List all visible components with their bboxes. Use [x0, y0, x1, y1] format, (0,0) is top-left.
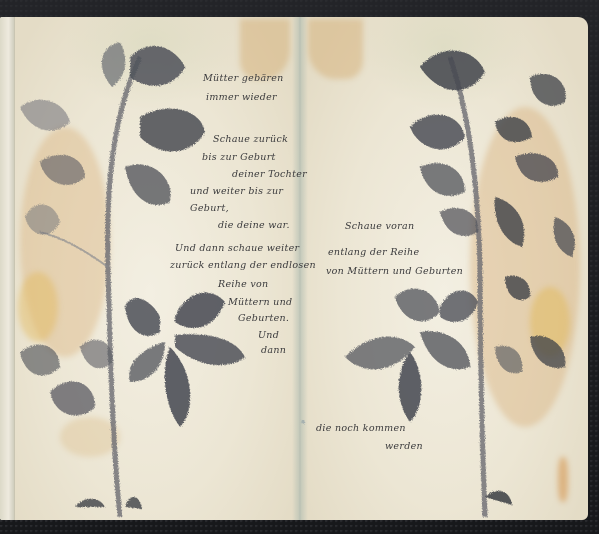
verse-line-right: von Müttern und Geburten [326, 266, 463, 278]
verse-line-left: Geburten. [238, 313, 289, 325]
verse-line-left: Reihe von [218, 279, 268, 291]
verse-line-left: die deine war. [218, 220, 290, 232]
verse-line-right: Schaue voran [345, 221, 414, 233]
verse-line-left: Geburt, [190, 203, 229, 215]
verse-line-left: deiner Tochter [232, 169, 307, 181]
verse-line-left: immer wieder [206, 92, 277, 104]
verse-line-left: Und [258, 330, 279, 342]
verse-line-left: Müttern und [228, 297, 292, 309]
verse-line-left: zurück entlang der endlosen [170, 260, 316, 272]
folded-flap [0, 17, 15, 520]
verse-line-left: und weiter bis zur [190, 186, 283, 198]
verse-line-left: Mütter gebären [203, 73, 284, 85]
verse-line-left: dann [261, 345, 286, 357]
verse-line-left: bis zur Geburt [202, 152, 276, 164]
verse-line-left: Und dann schaue weiter [175, 243, 299, 255]
verse-line-right: werden [385, 441, 423, 453]
verse-line-right: entlang der Reihe [328, 247, 419, 259]
verse-line-right: die noch kommen [316, 423, 406, 435]
verse-line-left: Schaue zurück [213, 134, 288, 146]
